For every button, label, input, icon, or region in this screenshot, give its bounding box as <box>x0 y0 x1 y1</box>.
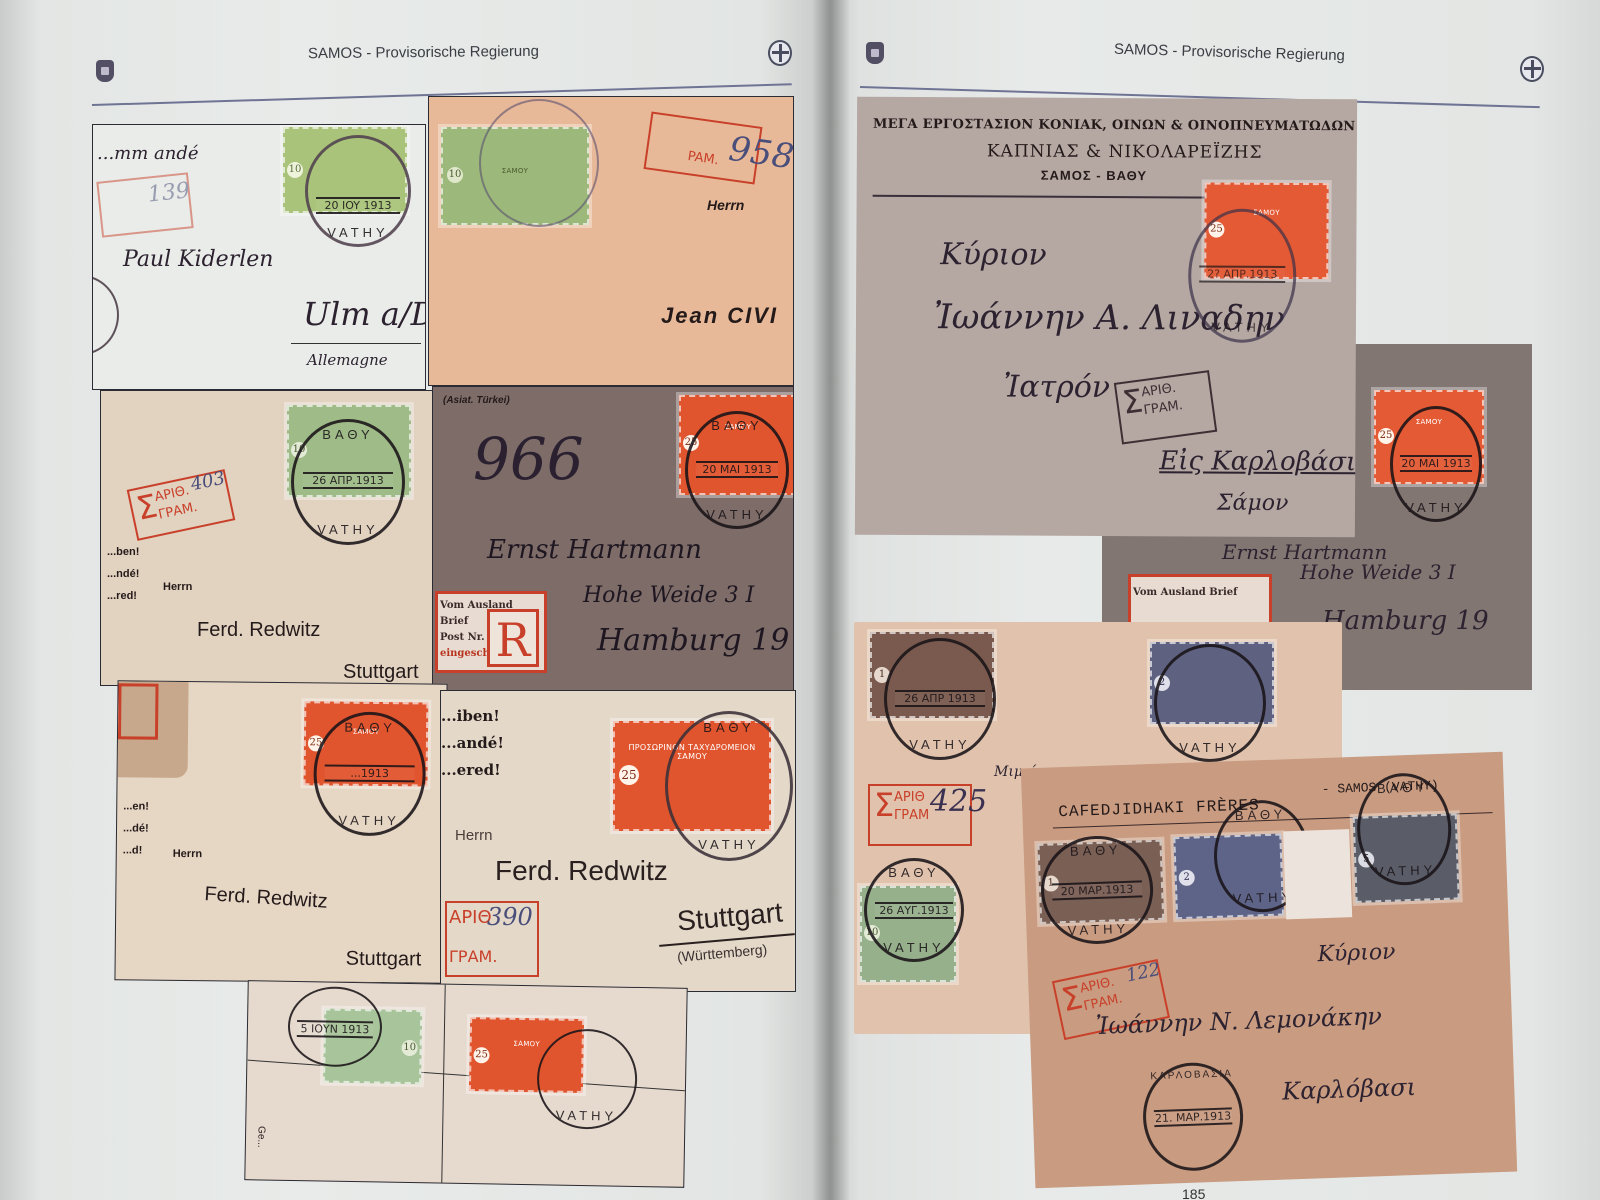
addressee-city: Stuttgart <box>676 896 784 937</box>
postmark: ΒΑΘΥ 20 ΜΑΡ.1913 VATHY <box>1039 834 1155 946</box>
registration-box: Σ ΑΡΙΘ ΓΡΑΜ 425 <box>868 784 972 846</box>
addressee-city: Καρλόβασι <box>1282 1073 1417 1106</box>
registration-box: Σ ΑΡΙΘ. ΓΡΑΜ. 403 <box>127 469 236 541</box>
letterhead-line-1: ΜΕΓΑ ΕΡΓΟΣΤΑΣΙΟΝ ΚΟΝΙΑΚ, ΟΙΝΩΝ & ΟΙΝΟΠΝΕ… <box>873 117 1357 135</box>
arrival-postmark: ΚΑΡΛΟΒΑΣΙΑ 21. ΜΑΡ.1913 <box>1141 1061 1245 1172</box>
page-number: 185 <box>1182 1186 1205 1200</box>
postmark: 20 MAI 1913 VATHY <box>1390 406 1482 522</box>
postmark: ΒΑΘΥ 26 ΑΥΓ.1913 VATHY <box>864 858 964 962</box>
handwriting-line: Κύριον <box>940 237 1047 273</box>
addressee-city: Ulm a/D <box>303 295 426 333</box>
running-head-left: SAMOS - Provisorische Regierung <box>308 43 539 62</box>
registration-box: PAM. 958 <box>644 111 763 184</box>
cross-seal-icon <box>768 40 792 66</box>
addressee-country: Allemagne <box>307 351 388 369</box>
book-spread: SAMOS - Provisorische Regierung ...mm an… <box>0 0 1600 1200</box>
letterhead-rule <box>873 195 1243 199</box>
postmark: 20 IOY 1913 VATHY <box>305 135 411 247</box>
r-letter-box: R <box>473 607 543 673</box>
cover-6: ...iben! ...andé! ...ered! ΠΡΟΣΩΡΙΝΟΝ ΤΑ… <box>440 690 796 992</box>
addressee-title: Ἰατρόν <box>1004 369 1111 405</box>
addressee-prefix: Herrn <box>173 848 202 860</box>
addressee-island: Σάμον <box>1217 491 1288 516</box>
addressee-name: Ferd. Redwitz <box>197 619 320 642</box>
postmark: VATHY <box>1154 644 1266 762</box>
postmark: ΒΑΘΥ ...1913 VATHY <box>313 711 426 836</box>
cover-7: 10 5 ΙΟΥΝ 1913 ΣΑΜΟΥ 25 VATHY Ge... <box>244 980 687 1188</box>
divider <box>441 985 445 1185</box>
addressee-street: Hohe Weide 3 I <box>1300 560 1456 584</box>
postmark <box>479 99 599 227</box>
postmark: VATHY <box>536 1028 638 1130</box>
addressee-name: Ernst Hartmann <box>487 535 702 565</box>
cover-4: (Asiat. Türkei) 966 Ernst Hartmann Hohe … <box>432 386 794 696</box>
right-page: SAMOS - Provisorische Regierung Ernst Ha… <box>830 0 1600 1200</box>
blank-space <box>1283 829 1352 919</box>
cover-2: ΣΑΜΟΥ 10 PAM. 958 Herrn Jean CIVI <box>428 96 794 386</box>
addressee-city: Hamburg 19 <box>597 623 789 658</box>
postmark: ΒΑΘΥ VATHY <box>1355 772 1453 887</box>
side-text: ...en! ...dé! ...d! <box>123 795 149 861</box>
addressee-prefix: Herrn <box>707 197 744 213</box>
label-remnant-frame <box>118 683 159 739</box>
postmark: ΒΑΘΥ VATHY <box>665 711 793 861</box>
addressee-street: Hohe Weide 3 I <box>583 583 754 608</box>
registration-handnumber: 966 <box>473 425 584 493</box>
addressee-city: Εἰς Καρλοβάσια <box>1159 446 1357 477</box>
coat-of-arms-icon <box>866 42 884 64</box>
side-text: ...ben! ...ndé! ...red! <box>107 541 139 607</box>
postmark: ΒΑΘΥ 20 MAI 1913 VATHY <box>685 411 789 529</box>
postmark: 2? ΑΠΡ.1913 VATHY <box>1188 208 1297 343</box>
addressee-prefix: Herrn <box>455 827 493 844</box>
addressee-name: Paul Kiderlen <box>123 247 273 272</box>
cover-3: 10 ΒΑΘΥ 26 ΑΠΡ.1913 VATHY Σ ΑΡΙΘ. ΓΡΑΜ. … <box>100 390 434 686</box>
addressee-city: Hamburg 19 <box>1322 606 1489 636</box>
side-text: ...iben! ...andé! ...ered! <box>441 703 504 784</box>
addressee-name: Jean CIVI <box>661 303 778 329</box>
cover-5: ΣΑΜΟΥ 25 ΒΑΘΥ ...1913 VATHY ...en! ...dé… <box>114 680 447 983</box>
addressee-name: Ferd. Redwitz <box>204 883 329 914</box>
cover-kapnias: ΜΕΓΑ ΕΡΓΟΣΤΑΣΙΟΝ ΚΟΝΙΑΚ, ΟΙΝΩΝ & ΟΙΝΟΠΝΕ… <box>855 97 1357 538</box>
left-page: SAMOS - Provisorische Regierung ...mm an… <box>0 0 830 1200</box>
addressee-region: (Württemberg) <box>676 941 767 965</box>
registration-box: 139 <box>96 172 193 237</box>
corner-text: Ge... <box>255 1126 266 1148</box>
handwriting-line: ...mm andé <box>97 143 199 164</box>
registration-box: Σ ΑΡΙΘ. ΓΡΑΜ. <box>1114 370 1217 444</box>
letterhead-line-3: ΣΑΜΟΣ - ΒΑΘΥ <box>1041 168 1147 184</box>
cross-seal-icon <box>1520 56 1544 82</box>
addressee-city: Stuttgart <box>346 948 422 972</box>
registration-box: ΑΡΙΘ 390 ΓΡΑΜ. <box>445 901 539 977</box>
addressee-city: Stuttgart <box>343 661 419 684</box>
cover-cafedjidhaki: CAFEDJIDHAKI FRÈRES - SAMOS (VATHY) 1 ΒΑ… <box>1021 752 1517 1189</box>
underline <box>291 343 421 344</box>
postmark: ΒΑΘΥ 26 ΑΠΡ.1913 VATHY <box>291 419 405 545</box>
addressee-name: Ferd. Redwitz <box>495 855 668 887</box>
postmark: 26 ΑΠΡ 1913 VATHY <box>884 638 996 760</box>
letterhead-line-2: ΚΑΠΝΙΑΣ & ΝΙΚΟΛΑΡΕΪΖΗΣ <box>987 141 1263 162</box>
coat-of-arms-icon <box>96 60 114 82</box>
handwriting-line: Κύριον <box>1317 940 1396 968</box>
running-head-right: SAMOS - Provisorische Regierung <box>1114 41 1345 64</box>
addressee-prefix: Herrn <box>163 581 192 593</box>
header-text: (Asiat. Türkei) <box>443 395 510 406</box>
partial-postmark <box>92 275 119 355</box>
cover-1: ...mm andé 139 Paul Kiderlen Ulm a/D All… <box>92 124 426 390</box>
